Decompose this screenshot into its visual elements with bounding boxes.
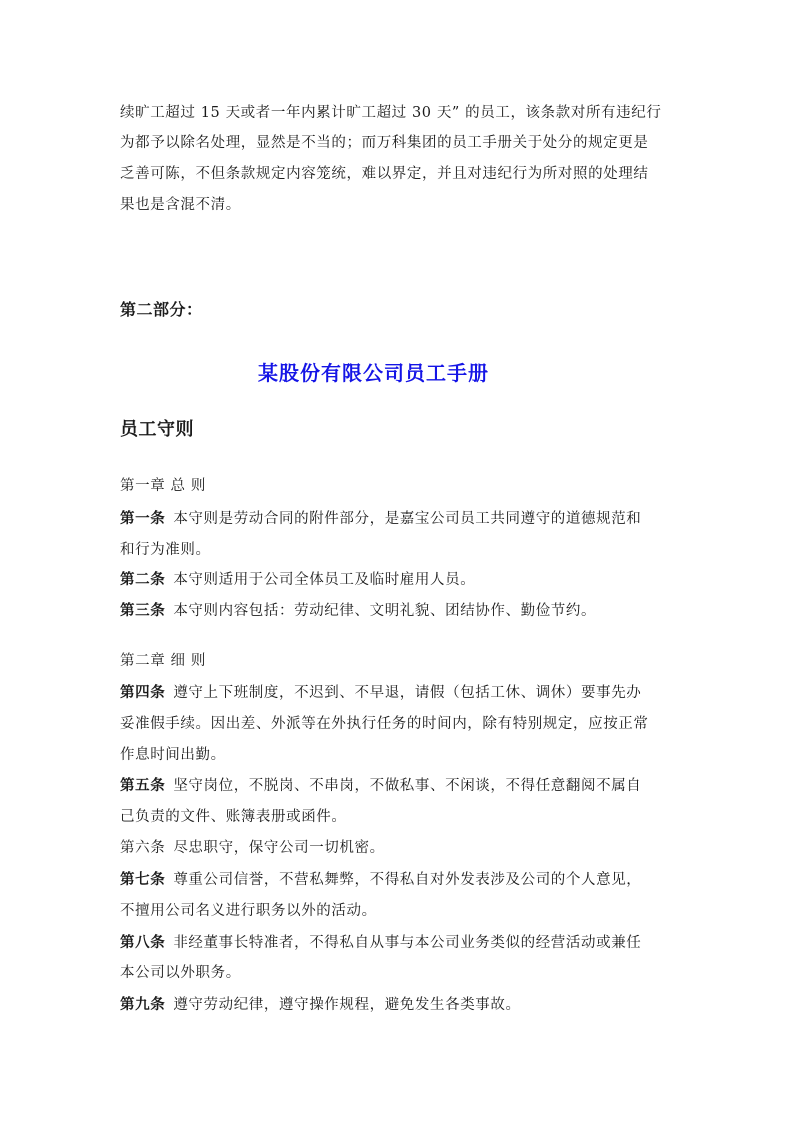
- article: 第六条尽忠职守，保守公司一切机密。: [120, 838, 385, 858]
- article-continuation: 不擅用公司名义进行职务以外的活动。: [120, 901, 377, 921]
- article: 第一条本守则是劳动合同的附件部分，是嘉宝公司员工共同遵守的道德规范和: [120, 509, 641, 529]
- document-title: 某股份有限公司员工手册: [258, 357, 489, 386]
- article-label: 第三条: [120, 602, 165, 619]
- article-continuation: 本公司以外职务。: [120, 963, 241, 983]
- article-label: 第九条: [120, 996, 165, 1013]
- part-heading: 第二部分：: [120, 300, 203, 320]
- article-text: 坚守岗位，不脱岗、不串岗，不做私事、不闲谈，不得任意翻阅不属自: [173, 778, 641, 794]
- article-continuation: 己负责的文件、账簿表册或函件。: [120, 807, 347, 827]
- article: 第二条本守则适用于公司全体员工及临时雇用人员。: [120, 570, 475, 590]
- article-continuation: 妥准假手续。因出差、外派等在外执行任务的时间内，除有特别规定，应按正常: [120, 714, 649, 734]
- document-page: 续旷工超过 15 天或者一年内累计旷工超过 30 天” 的员工，该条款对所有违纪…: [0, 0, 793, 1122]
- article-text: 本守则是劳动合同的附件部分，是嘉宝公司员工共同遵守的道德规范和: [173, 511, 641, 527]
- article-text: 尊重公司信誉，不营私舞弊，不得私自对外发表涉及公司的个人意见，: [173, 872, 641, 888]
- article-text: 尽忠职守，保守公司一切机密。: [173, 840, 384, 856]
- article-continuation: 作息时间出勤。: [120, 745, 226, 765]
- intro-line: 果也是含混不清。: [120, 195, 241, 215]
- article-label: 第七条: [120, 871, 165, 888]
- article-text: 非经董事长特准者，不得私自从事与本公司业务类似的经营活动或兼任: [173, 935, 641, 951]
- article-text: 本守则适用于公司全体员工及临时雇用人员。: [173, 572, 475, 588]
- article: 第四条遵守上下班制度，不迟到、不早退，请假（包括工休、调休）要事先办: [120, 683, 641, 703]
- article: 第八条非经董事长特准者，不得私自从事与本公司业务类似的经营活动或兼任: [120, 933, 641, 953]
- article: 第九条遵守劳动纪律，遵守操作规程，避免发生各类事故。: [120, 995, 521, 1015]
- section-heading: 员工守则: [120, 420, 194, 440]
- article-label: 第二条: [120, 571, 165, 588]
- article: 第五条坚守岗位，不脱岗、不串岗，不做私事、不闲谈，不得任意翻阅不属自: [120, 776, 641, 796]
- article-text: 遵守上下班制度，不迟到、不早退，请假（包括工休、调休）要事先办: [173, 685, 641, 701]
- article-continuation: 和行为准则。: [120, 540, 211, 560]
- intro-line: 为都予以除名处理，显然是不当的；而万科集团的员工手册关于处分的规定更是: [120, 133, 649, 153]
- article-label: 第五条: [120, 777, 165, 794]
- article: 第三条本守则内容包括：劳动纪律、文明礼貌、团结协作、勤俭节约。: [120, 601, 596, 621]
- chapter-heading: 第一章 总 则: [120, 476, 206, 496]
- article-label: 第四条: [120, 684, 165, 701]
- intro-line: 乏善可陈，不但条款规定内容笼统，难以界定，并且对违纪行为所对照的处理结: [120, 164, 649, 184]
- article-text: 本守则内容包括：劳动纪律、文明礼貌、团结协作、勤俭节约。: [173, 603, 596, 619]
- article: 第七条尊重公司信誉，不营私舞弊，不得私自对外发表涉及公司的个人意见，: [120, 870, 641, 890]
- article-label: 第八条: [120, 934, 165, 951]
- article-label: 第六条: [120, 840, 165, 856]
- article-label: 第一条: [120, 510, 165, 527]
- intro-line: 续旷工超过 15 天或者一年内累计旷工超过 30 天” 的员工，该条款对所有违纪…: [120, 103, 661, 123]
- article-text: 遵守劳动纪律，遵守操作规程，避免发生各类事故。: [173, 997, 520, 1013]
- chapter-heading: 第二章 细 则: [120, 651, 206, 671]
